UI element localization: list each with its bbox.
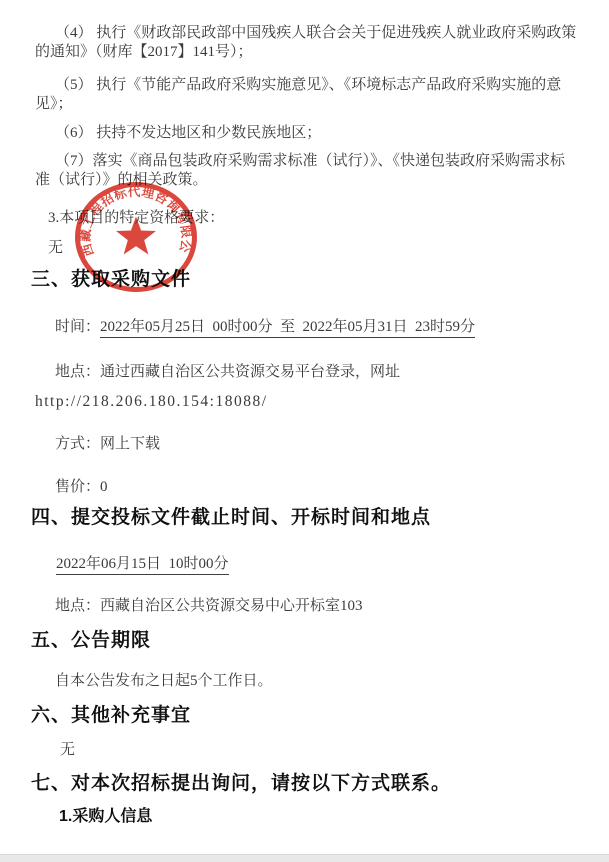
deadline-value-underlined: 2022年06月15日 10时00分	[56, 556, 229, 575]
section-5-heading: 五、公告期限	[31, 630, 151, 652]
section-3-heading: 三、获取采购文件	[31, 269, 191, 291]
policy-item-6: （6） 扶持不发达地区和少数民族地区；	[55, 124, 321, 143]
page-bottom-bar	[0, 854, 609, 862]
qualification-value: 无	[48, 239, 63, 258]
purchaser-info-subheading: 1.采购人信息	[59, 807, 152, 826]
section-6-value: 无	[60, 741, 75, 760]
policy-item-7-line-2: 准（试行）》的相关政策。	[35, 171, 208, 190]
document-price-line: 售价：0	[55, 478, 108, 497]
policy-item-7-line-1: （7）落实《商品包装政府采购需求标准（试行）》、《快递包装政府采购需求标	[55, 152, 565, 171]
section-4-heading: 四、提交投标文件截止时间、开标时间和地点	[31, 507, 431, 529]
policy-item-5-line-2: 见》；	[35, 95, 73, 114]
document-obtain-method-line: 方式：网上下载	[55, 435, 160, 454]
announcement-period-line: 自本公告发布之日起5个工作日。	[55, 672, 273, 691]
time-label: 时间：	[55, 319, 100, 335]
document-obtain-time-line: 时间：2022年05月25日 00时00分 至 2022年05月31日 23时5…	[55, 318, 475, 337]
section-6-heading: 六、其他补充事宜	[31, 705, 191, 727]
platform-url: http://218.206.180.154:18088/	[35, 392, 268, 411]
document-obtain-location-line: 地点：通过西藏自治区公共资源交易平台登录，网址	[55, 363, 400, 382]
section-7-heading: 七、对本次招标提出询问，请按以下方式联系。	[31, 773, 451, 795]
bid-opening-location-line: 地点：西藏自治区公共资源交易中心开标室103	[55, 597, 363, 616]
bid-deadline-line: 2022年06月15日 10时00分	[56, 555, 229, 574]
policy-item-5-line-1: （5） 执行《节能产品政府采购实施意见》、《环境标志产品政府采购实施的意	[55, 76, 561, 95]
policy-item-4-line-2: 的通知》（财库【2017】141号）；	[35, 43, 253, 62]
time-value-underlined: 2022年05月25日 00时00分 至 2022年05月31日 23时59分	[100, 319, 475, 338]
document-page: （4） 执行《财政部民政部中国残疾人联合会关于促进残疾人就业政府采购政策 的通知…	[0, 0, 609, 862]
qualification-label: 3.本项目的特定资格要求：	[48, 209, 224, 228]
policy-item-4-line-1: （4） 执行《财政部民政部中国残疾人联合会关于促进残疾人就业政府采购政策	[55, 24, 576, 43]
